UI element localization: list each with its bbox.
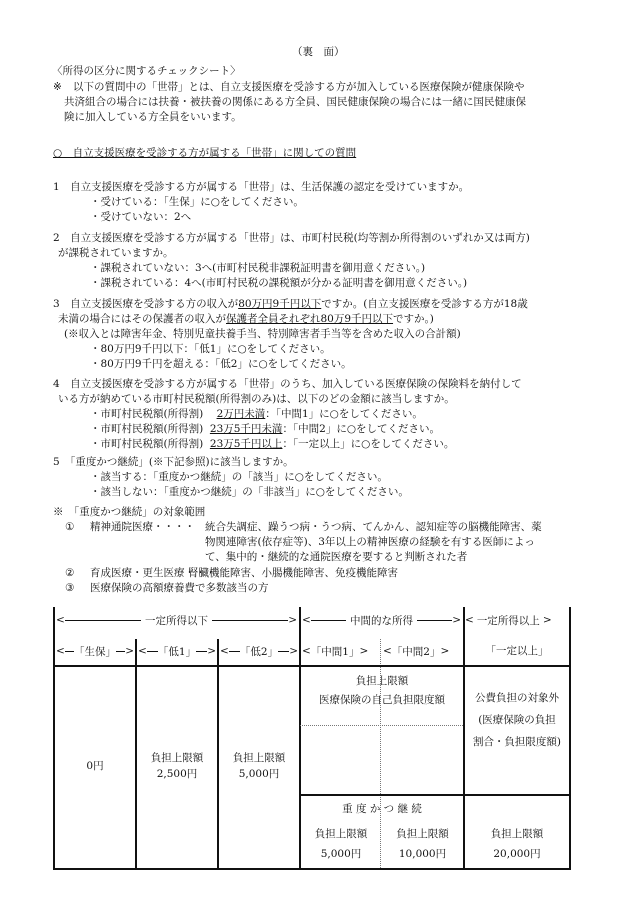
section-heading: ○ 自立支援医療を受診する方が属する「世帯」に関しての質問 [53,146,356,160]
note-line: 険に加入している方全員をいいます。 [64,110,242,124]
cell-upper-severe: 負担上限額20,000円 [465,824,569,864]
checksheet-title: 〈所得の区分に関するチェックシート〉 [52,64,241,78]
group-header-high: <一定所得以上> [465,610,567,630]
column-header-tei2: <「低2」> [220,641,298,661]
cell-tei2: 負担上限額5,000円 [219,750,299,782]
column-header-chukan2: <「中間2」> [383,641,461,661]
column-header-ittei: 「一定以上」 [465,643,569,659]
severe-continuous-title: 重 度 か つ 継 続 [301,801,463,817]
cell-middle-cap: 負担上限額医療保険の自己負担限度額 [301,673,463,708]
group-header-low: <一定所得以下> [56,610,297,630]
note-line: 以下の質問中の「世帯」とは、自立支援医療を受診する方が加入している医療保険が健康… [73,80,525,94]
column-header-chukan1: <「中間1」> [302,641,379,661]
cell-middle1-severe: 負担上限額5,000円 [301,824,381,864]
cell-seiho: 0円 [55,758,135,774]
cell-upper-excluded: 公費負担の対象外(医療保険の負担割合・負担限度額) [465,687,569,753]
page-title: （裏 面） [292,45,345,59]
column-header-seiho: <「生保」> [56,641,134,661]
cell-tei1: 負担上限額2,500円 [137,750,217,782]
column-header-tei1: <「低1」> [138,641,216,661]
group-header-middle: <中間的な所得> [302,610,461,630]
note-line: 共済組合の場合には扶養・被扶養の関係にある方全員、国民健康保険の場合には一緒に国… [64,95,526,109]
income-category-table: <一定所得以下> <中間的な所得> <一定所得以上> <「生保」> <「低1」>… [53,607,571,870]
cell-middle2-severe: 負担上限額10,000円 [382,824,463,864]
note-mark: ※ [53,80,62,94]
